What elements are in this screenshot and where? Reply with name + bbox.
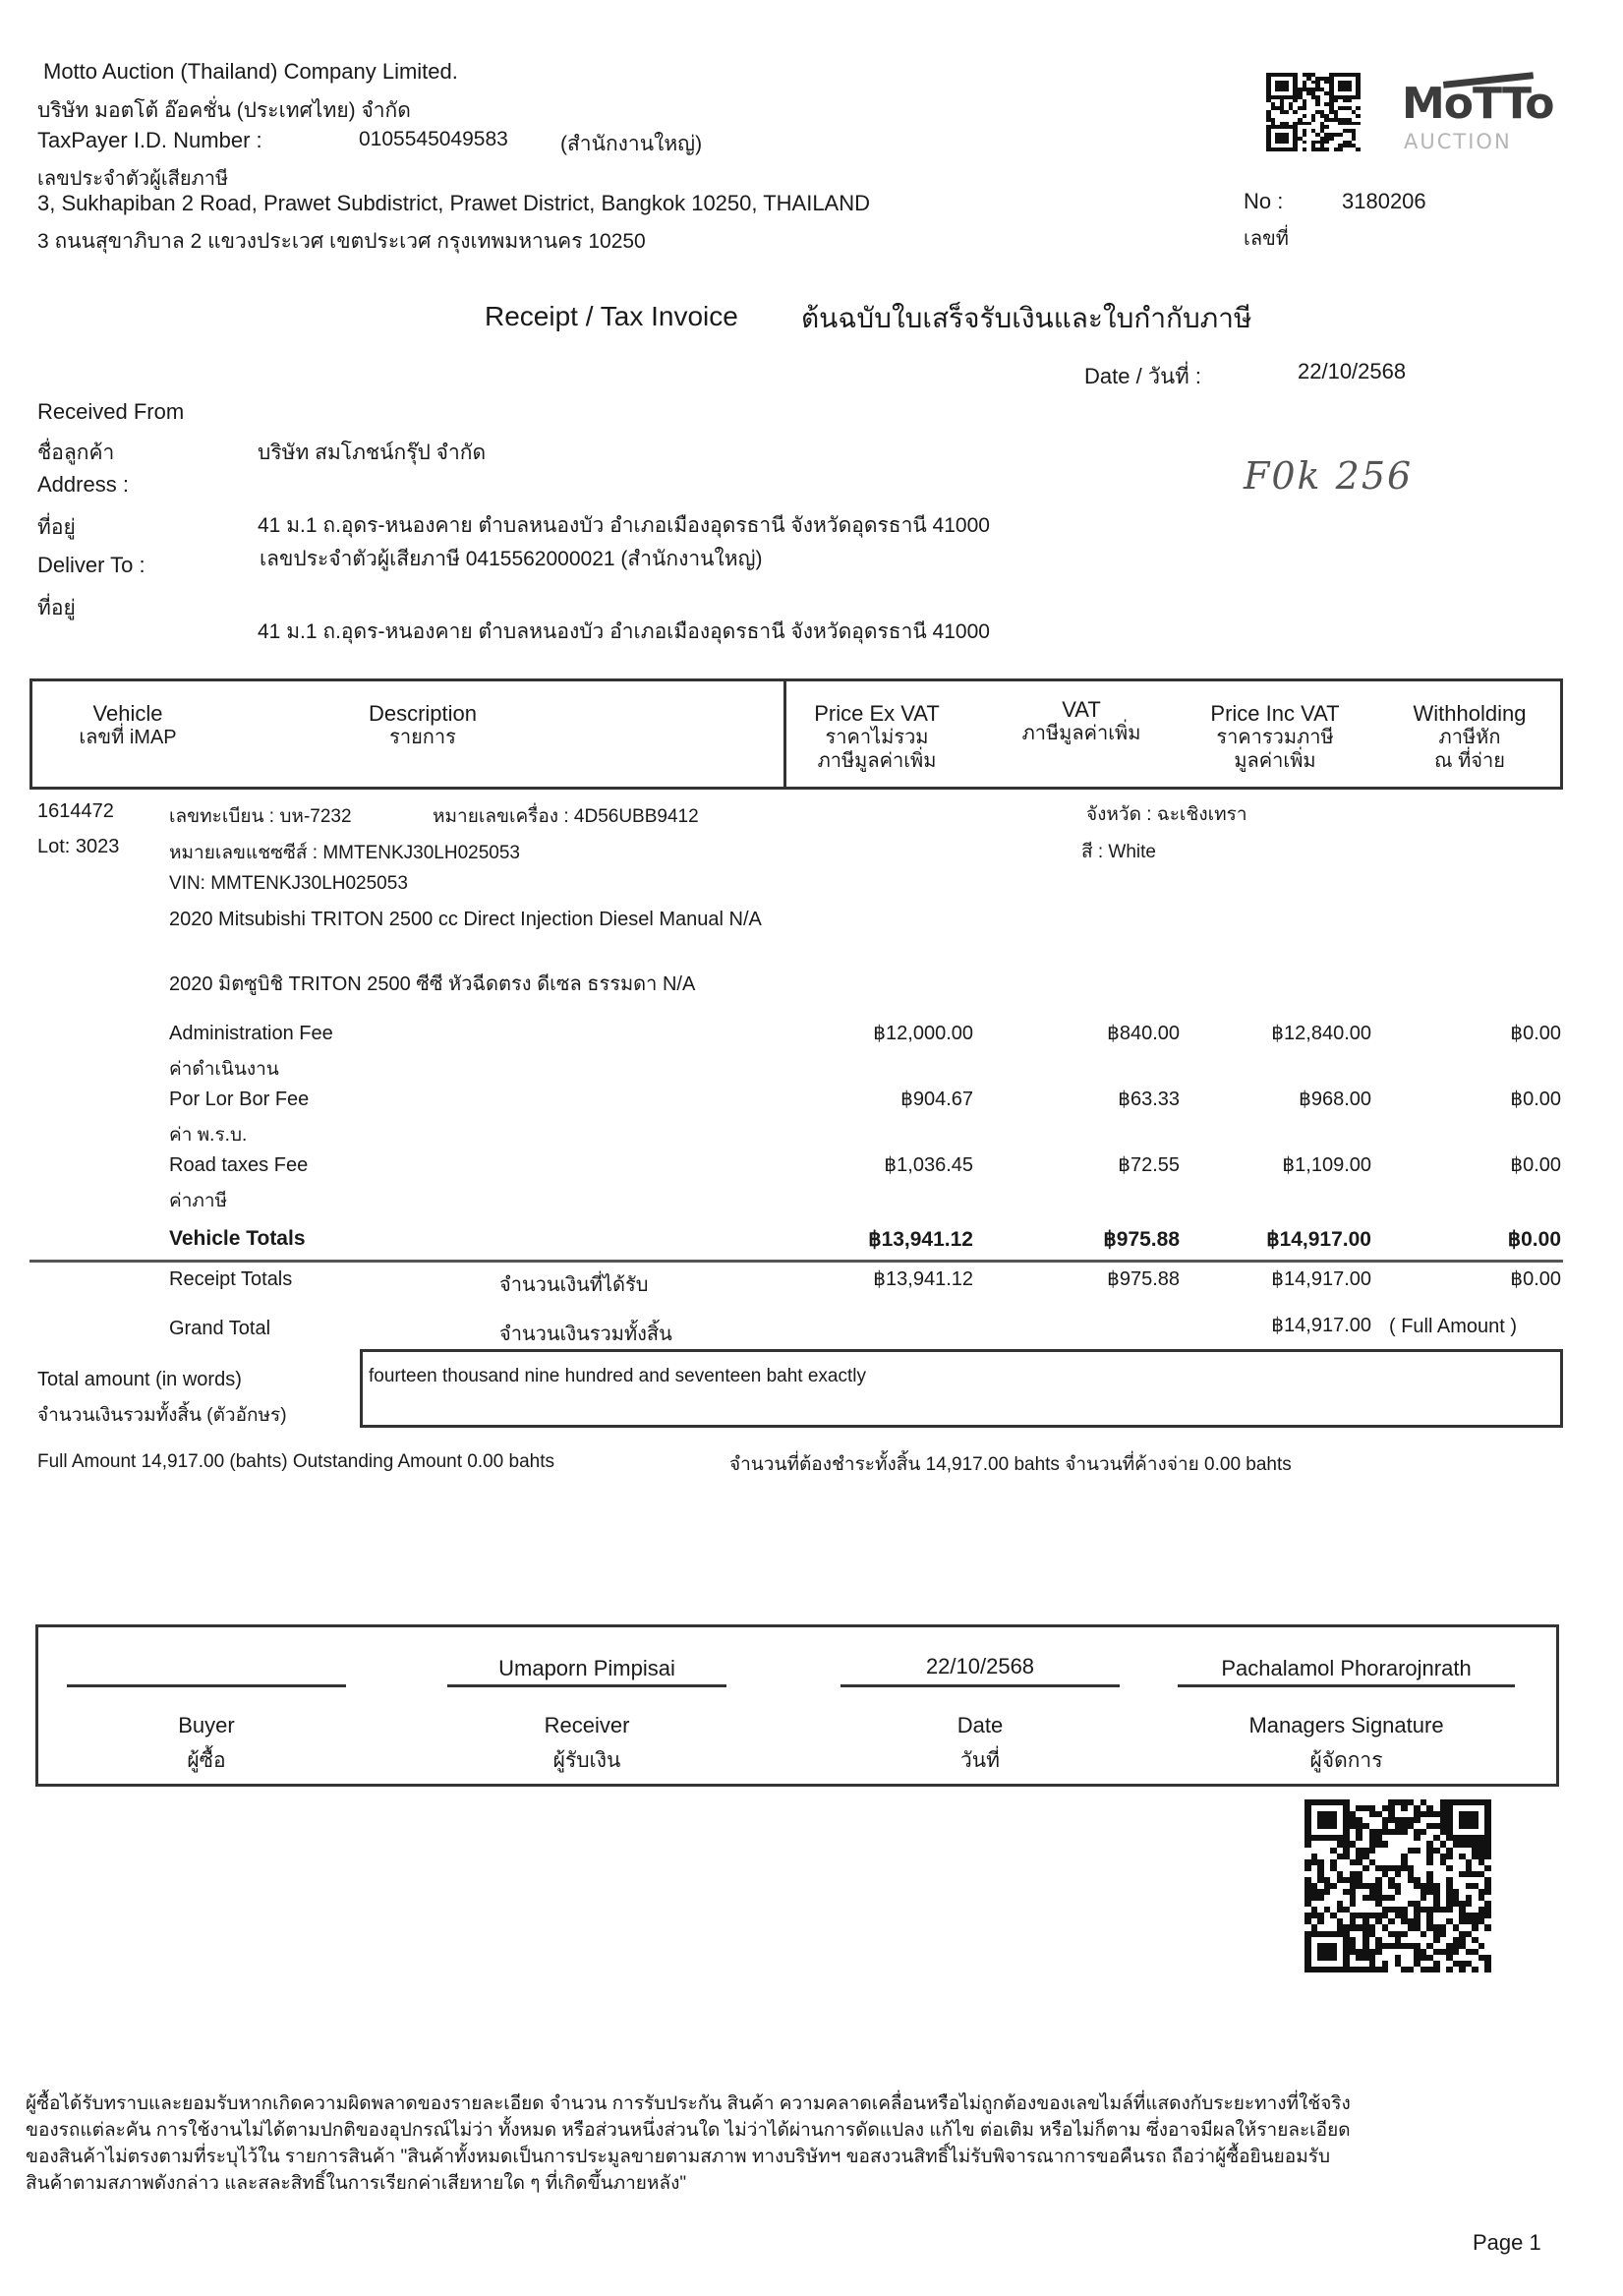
- signature-label-th: ผู้ซื้อ: [67, 1744, 346, 1777]
- receipt-totals-price-ex: ฿13,941.12: [777, 1266, 973, 1291]
- signature-label-th: วันที่: [840, 1744, 1120, 1777]
- fee-price-ex: ฿12,000.00: [777, 1021, 973, 1045]
- col-description-en: Description: [354, 702, 492, 726]
- doc-number-label: No :: [1244, 189, 1283, 214]
- fee-price-inc: ฿12,840.00: [1175, 1021, 1371, 1045]
- col-price-inc-en: Price Inc VAT: [1191, 702, 1359, 726]
- fee-name-th: ค่าดำเนินงาน: [169, 1054, 279, 1084]
- col-price-ex-en: Price Ex VAT: [798, 702, 956, 726]
- deliver-to-label-th: ที่อยู่: [37, 592, 76, 624]
- col-withholding-en: Withholding: [1386, 702, 1553, 726]
- taxpayer-id: 0105545049583: [359, 128, 508, 151]
- grand-total-amount: ฿14,917.00: [1175, 1313, 1371, 1337]
- summary-en: Full Amount 14,917.00 (bahts) Outstandin…: [37, 1451, 554, 1473]
- vehicle-lot: Lot: 3023: [37, 836, 119, 858]
- receipt-totals-label: Receipt Totals: [169, 1268, 292, 1291]
- fee-name: Road taxes Fee: [169, 1154, 308, 1177]
- col-price-inc-th2: มูลค่าเพิ่ม: [1191, 749, 1359, 773]
- receipt-totals-label-th: จำนวนเงินที่ได้รับ: [499, 1268, 648, 1300]
- deliver-to-label: Deliver To :: [37, 553, 145, 578]
- doc-date: 22/10/2568: [1298, 359, 1406, 384]
- taxpayer-label-th: เลขประจำตัวผู้เสียภาษี: [37, 162, 228, 194]
- col-vat: VAT ภาษีมูลค่าเพิ่ม: [1003, 698, 1160, 745]
- address-label: Address :: [37, 472, 129, 498]
- signature-label: Date: [840, 1713, 1120, 1738]
- fee-vat: ฿63.33: [983, 1087, 1180, 1111]
- signature-label: Managers Signature: [1178, 1713, 1515, 1738]
- col-price-inc-th1: ราคารวมภาษี: [1191, 726, 1359, 749]
- company-name-en: Motto Auction (Thailand) Company Limited…: [43, 59, 458, 85]
- grand-total-note: ( Full Amount ): [1389, 1316, 1517, 1338]
- signature-line: [840, 1684, 1120, 1687]
- disclaimer-line: ผู้ซื้อได้รับทราบและยอมรับหากเกิดความผิด…: [26, 2090, 1351, 2117]
- doc-title-en: Receipt / Tax Invoice: [485, 301, 738, 332]
- col-withholding: Withholding ภาษีหัก ณ ที่จ่าย: [1386, 702, 1553, 773]
- col-vat-th: ภาษีมูลค่าเพิ่ม: [1003, 722, 1160, 745]
- vehicle-desc-th: 2020 มิตซูบิชิ TRITON 2500 ซีซี หัวฉีดตร…: [169, 968, 695, 999]
- handwritten-note: F0k 256: [1244, 454, 1413, 498]
- vehicle-plate: เลขทะเบียน : บห-7232: [169, 801, 352, 831]
- fee-withholding: ฿0.00: [1364, 1087, 1561, 1111]
- company-address-th: 3 ถนนสุขาภิบาล 2 แขวงประเวศ เขตประเวศ กร…: [37, 225, 646, 258]
- vehicle-engine: หมายเลขเครื่อง : 4D56UBB9412: [433, 801, 699, 831]
- vehicle-chassis: หมายเลขแชซซีส์ : MMTENKJ30LH025053: [169, 838, 520, 867]
- fee-name-th: ค่า พ.ร.บ.: [169, 1120, 247, 1149]
- fee-price-ex: ฿904.67: [777, 1087, 973, 1111]
- vehicle-color: สี : White: [1081, 837, 1156, 866]
- totals-divider: [29, 1260, 1563, 1263]
- disclaimer-line: สินค้าตามสภาพดังกล่าว และสละสิทธิ์ในการเ…: [26, 2170, 1351, 2197]
- customer-address: 41 ม.1 ถ.อุดร-หนองคาย ตำบลหนองบัว อำเภอเ…: [258, 509, 990, 542]
- logo-text-motto: MoTTo: [1402, 79, 1553, 129]
- col-price-ex-th2: ภาษีมูลค่าเพิ่ม: [798, 749, 956, 773]
- logo-text-auction: AUCTION: [1404, 130, 1512, 153]
- taxpayer-label: TaxPayer I.D. Number :: [37, 128, 262, 153]
- fee-price-inc: ฿1,109.00: [1175, 1152, 1371, 1177]
- fee-name: Administration Fee: [169, 1023, 333, 1045]
- fee-name: Por Lor Bor Fee: [169, 1089, 309, 1111]
- vehicle-province: จังหวัด : ฉะเชิงเทรา: [1086, 799, 1247, 829]
- col-vehicle-en: Vehicle: [59, 702, 197, 726]
- words-label-en: Total amount (in words): [37, 1369, 242, 1391]
- col-vehicle-th: เลขที่ iMAP: [59, 726, 197, 749]
- col-price-ex-th1: ราคาไม่รวม: [798, 726, 956, 749]
- signature-label-th: ผู้จัดการ: [1178, 1744, 1515, 1777]
- signature-label: Receiver: [447, 1713, 726, 1738]
- receipt-totals-withholding: ฿0.00: [1364, 1266, 1561, 1291]
- customer-name: บริษัท สมโภชน์กรุ๊ป จำกัด: [258, 437, 486, 469]
- fee-price-inc: ฿968.00: [1175, 1087, 1371, 1111]
- signature-line: [447, 1684, 726, 1687]
- customer-tax-id: เลขประจำตัวผู้เสียภาษี 0415562000021 (สำ…: [260, 543, 762, 575]
- col-price-inc-vat: Price Inc VAT ราคารวมภาษี มูลค่าเพิ่ม: [1191, 702, 1359, 773]
- date-label: Date / วันที่ :: [1084, 359, 1201, 393]
- col-withholding-th1: ภาษีหัก: [1386, 726, 1553, 749]
- disclaimer-line: ของสินค้าไม่ตรงตามที่ระบุไว้ใน รายการสิน…: [26, 2144, 1351, 2170]
- fee-price-ex: ฿1,036.45: [777, 1152, 973, 1177]
- vehicle-vin: VIN: MMTENKJ30LH025053: [169, 873, 408, 895]
- qr-code-icon: [1266, 73, 1361, 151]
- col-price-ex-vat: Price Ex VAT ราคาไม่รวม ภาษีมูลค่าเพิ่ม: [798, 702, 956, 773]
- doc-number-label-th: เลขที่: [1244, 222, 1289, 254]
- words-label-th: จำนวนเงินรวมทั้งสิ้น (ตัวอักษร): [37, 1400, 287, 1430]
- receipt-totals-price-inc: ฿14,917.00: [1175, 1266, 1371, 1291]
- receipt-totals-vat: ฿975.88: [983, 1266, 1180, 1291]
- signature-line: [1178, 1684, 1515, 1687]
- disclaimer-line: ของรถแต่ละคัน การใช้งานไม่ได้ตามปกติของอ…: [26, 2117, 1351, 2144]
- doc-title-th: ต้นฉบับใบเสร็จรับเงินและใบกำกับภาษี: [801, 297, 1251, 340]
- company-name-th: บริษัท มอตโต้ อ๊อคชั่น (ประเทศไทย) จำกัด: [37, 94, 411, 127]
- motto-auction-logo: MoTTo AUCTION: [1396, 67, 1543, 155]
- page-number: Page 1: [1473, 2230, 1541, 2256]
- table-header-divider: [783, 678, 786, 790]
- signature-label-th: ผู้รับเงิน: [447, 1744, 726, 1777]
- amount-in-words-box: fourteen thousand nine hundred and seven…: [360, 1349, 1563, 1428]
- qr-code-icon: [1304, 1799, 1491, 1972]
- vehicle-desc-en: 2020 Mitsubishi TRITON 2500 cc Direct In…: [169, 909, 762, 931]
- summary-th: จำนวนที่ต้องชำระทั้งสิ้น 14,917.00 bahts…: [729, 1449, 1292, 1479]
- taxpayer-branch: (สำนักงานใหญ่): [560, 128, 702, 160]
- vehicle-imap: 1614472: [37, 800, 114, 823]
- vehicle-totals-price-inc: ฿14,917.00: [1175, 1227, 1371, 1252]
- vehicle-totals-withholding: ฿0.00: [1364, 1227, 1561, 1252]
- fee-vat: ฿72.55: [983, 1152, 1180, 1177]
- vehicle-totals-vat: ฿975.88: [983, 1227, 1180, 1252]
- disclaimer: ผู้ซื้อได้รับทราบและยอมรับหากเกิดความผิด…: [26, 2090, 1351, 2197]
- address-label-th: ที่อยู่: [37, 511, 76, 544]
- signature-value: Pachalamol Phorarojnrath: [1178, 1656, 1515, 1681]
- signature-label: Buyer: [67, 1713, 346, 1738]
- vehicle-totals-price-ex: ฿13,941.12: [777, 1227, 973, 1252]
- fee-name-th: ค่าภาษี: [169, 1186, 227, 1215]
- grand-total-label: Grand Total: [169, 1318, 270, 1340]
- col-withholding-th2: ณ ที่จ่าย: [1386, 749, 1553, 773]
- col-description: Description รายการ: [354, 702, 492, 749]
- fee-withholding: ฿0.00: [1364, 1152, 1561, 1177]
- deliver-address: 41 ม.1 ถ.อุดร-หนองคาย ตำบลหนองบัว อำเภอเ…: [258, 616, 990, 648]
- signature-line: [67, 1684, 346, 1687]
- col-description-th: รายการ: [354, 726, 492, 749]
- company-address-en: 3, Sukhapiban 2 Road, Prawet Subdistrict…: [37, 191, 870, 216]
- fee-withholding: ฿0.00: [1364, 1021, 1561, 1045]
- col-vat-en: VAT: [1003, 698, 1160, 722]
- signature-value: Umaporn Pimpisai: [447, 1656, 726, 1681]
- amount-in-words: fourteen thousand nine hundred and seven…: [369, 1366, 866, 1387]
- col-vehicle: Vehicle เลขที่ iMAP: [59, 702, 197, 749]
- grand-total-label-th: จำนวนเงินรวมทั้งสิ้น: [499, 1318, 672, 1349]
- fee-vat: ฿840.00: [983, 1021, 1180, 1045]
- doc-number: 3180206: [1342, 189, 1426, 214]
- customer-name-label: ชื่อลูกค้า: [37, 437, 114, 469]
- vehicle-totals-label: Vehicle Totals: [169, 1227, 306, 1251]
- received-from-label: Received From: [37, 399, 184, 425]
- signature-value: 22/10/2568: [840, 1654, 1120, 1679]
